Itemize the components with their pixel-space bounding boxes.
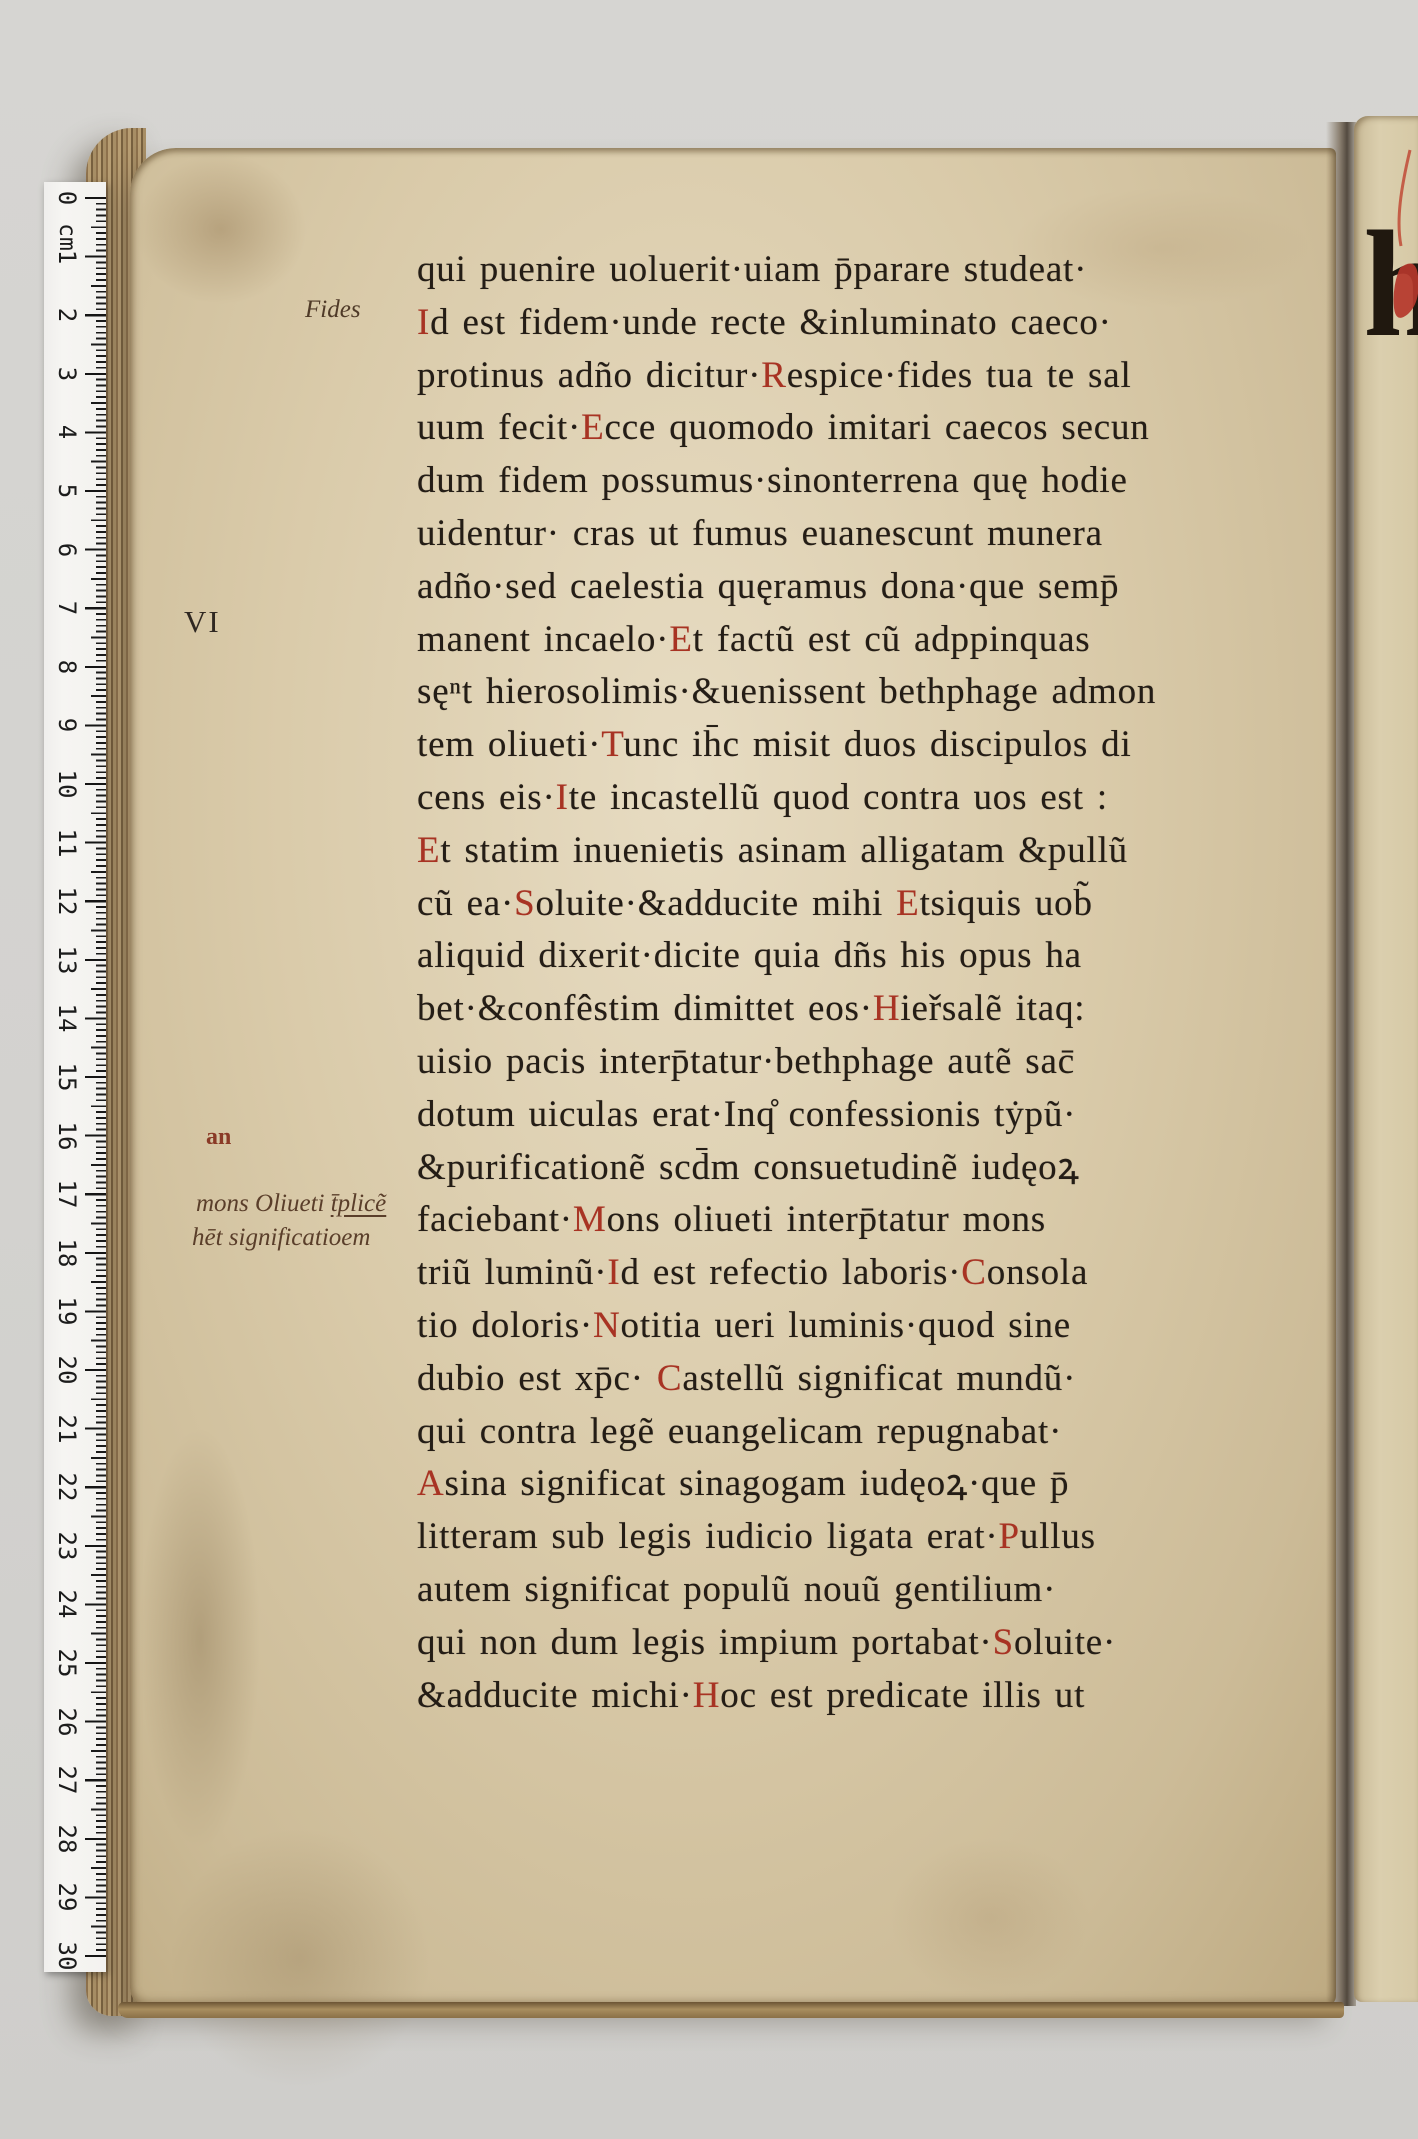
ruler-number: 18 bbox=[52, 1238, 82, 1268]
facing-page: h bbox=[1354, 116, 1418, 2002]
manuscript-line: cens eis·Ite incastellũ quod contra uos … bbox=[417, 772, 1322, 825]
ruler-number: 21 bbox=[52, 1414, 82, 1444]
ruler-number: 24 bbox=[52, 1589, 82, 1619]
line-text: t statim inuenietis asinam alligatam &pu… bbox=[440, 830, 1128, 871]
manuscript-line: qui contra legẽ euangelicam repugnabat· bbox=[417, 1406, 1322, 1459]
rubricated-initial: R bbox=[761, 355, 786, 396]
ruler-number: 1 bbox=[52, 242, 82, 272]
line-text: qui non dum legis impium portabat· bbox=[417, 1622, 993, 1663]
line-text: uum fecit· bbox=[417, 407, 581, 448]
line-text: onsola bbox=[987, 1252, 1088, 1293]
manuscript-line: uum fecit·Ecce quomodo imitari caecos se… bbox=[417, 402, 1322, 455]
manuscript-line: tem oliueti·Tunc ih̄c misit duos discipu… bbox=[417, 719, 1322, 772]
ruler-number: 6 bbox=[52, 535, 82, 565]
ruler-number: 20 bbox=[52, 1355, 82, 1385]
photographed-manuscript: h cm 01234567891011121314151617181920212… bbox=[0, 0, 1418, 2139]
marginal-gloss-line1: mons Oliueti t̄plicẽ bbox=[196, 1190, 386, 1218]
line-text: tio doloris· bbox=[417, 1305, 593, 1346]
line-text: sina significat sinagogam iudęoꝝ·que p̄ bbox=[445, 1463, 1070, 1504]
manuscript-line: triũ luminũ·Id est refectio laboris·Cons… bbox=[417, 1247, 1322, 1300]
manuscript-line: autem significat populũ nouũ gentilium· bbox=[417, 1564, 1322, 1617]
manuscript-line: &adducite michi·Hoc est predicate illis … bbox=[417, 1670, 1322, 1723]
manuscript-line: cũ ea·Soluite·&adducite mihi Etsiquis uo… bbox=[417, 878, 1322, 931]
ruler-number: 26 bbox=[52, 1707, 82, 1737]
rubricated-initial: C bbox=[657, 1358, 682, 1399]
line-text: t factũ est cũ adppinquas bbox=[693, 619, 1091, 660]
line-text: ieřsalẽ itaq: bbox=[900, 988, 1085, 1029]
ruler-number: 2 bbox=[52, 300, 82, 330]
rubricated-initial: H bbox=[693, 1675, 721, 1716]
ruler-number: 5 bbox=[52, 476, 82, 506]
text-block: qui puenire uoluerit·uiam p̄parare stude… bbox=[417, 244, 1322, 1722]
line-text: bet·&confêstim dimittet eos· bbox=[417, 988, 873, 1029]
ruler-number: 16 bbox=[52, 1121, 82, 1151]
line-text: oluite·&adducite mihi bbox=[536, 883, 897, 924]
book-gutter-shadow bbox=[1326, 122, 1356, 2006]
ruler-number: 7 bbox=[52, 593, 82, 623]
rubricated-initial: H bbox=[873, 988, 901, 1029]
line-text: oc est predicate illis ut bbox=[720, 1675, 1085, 1716]
ruler-number: 12 bbox=[52, 886, 82, 916]
ruler-number: 11 bbox=[52, 828, 82, 858]
rubricated-initial: T bbox=[601, 724, 623, 765]
marginal-note-an: an bbox=[206, 1124, 231, 1151]
parchment-stain bbox=[136, 154, 306, 304]
rubricated-initial: E bbox=[581, 407, 604, 448]
parchment-stain bbox=[140, 1428, 260, 1848]
ruler-number: 8 bbox=[52, 652, 82, 682]
ruler-number: 25 bbox=[52, 1648, 82, 1678]
line-text: cce quomodo imitari caecos secun bbox=[604, 407, 1149, 448]
manuscript-line: dotum uiculas erat·Inq̊ confessionis tẏp… bbox=[417, 1089, 1322, 1142]
manuscript-line: protinus adño dicitur·Respice·fides tua … bbox=[417, 350, 1322, 403]
rubricated-initial: C bbox=[961, 1252, 986, 1293]
book-bottom-edge bbox=[118, 2002, 1344, 2018]
line-text: faciebant· bbox=[417, 1199, 573, 1240]
rubricated-initial: E bbox=[669, 619, 692, 660]
line-text: ullus bbox=[1020, 1516, 1096, 1557]
ruler-number: 13 bbox=[52, 945, 82, 975]
marginal-note-fides: Fides bbox=[305, 296, 361, 324]
line-text: triũ luminũ· bbox=[417, 1252, 607, 1293]
line-text: qui puenire uoluerit·uiam p̄parare stude… bbox=[417, 249, 1087, 290]
ruler-number: 22 bbox=[52, 1472, 82, 1502]
line-text: cens eis· bbox=[417, 777, 556, 818]
ruler-number: 29 bbox=[52, 1882, 82, 1912]
rubricated-initial: I bbox=[607, 1252, 620, 1293]
rubricated-initial: A bbox=[417, 1463, 445, 1504]
line-text: manent incaelo· bbox=[417, 619, 669, 660]
manuscript-line: uidentur· cras ut fumus euanescunt muner… bbox=[417, 508, 1322, 561]
ruler-number: 14 bbox=[52, 1003, 82, 1033]
rubricated-initial: E bbox=[417, 830, 440, 871]
line-text: &purificationẽ scd̄m consuetudinẽ iudęoꝝ bbox=[417, 1147, 1080, 1188]
ruler-number: 28 bbox=[52, 1824, 82, 1854]
line-text: dum fidem possumus·sinonterrena quę hodi… bbox=[417, 460, 1128, 501]
line-text: litteram sub legis iudicio ligata erat· bbox=[417, 1516, 999, 1557]
marginal-quire-numeral: VI bbox=[184, 604, 221, 640]
marginal-gloss-line1-plain: mons Oliueti bbox=[196, 1190, 331, 1217]
manuscript-line: uisio pacis interp̄tatur·bethphage autẽ … bbox=[417, 1036, 1322, 1089]
manuscript-line: aliquid dixerit·dicite quia dñs his opus… bbox=[417, 930, 1322, 983]
line-text: tem oliueti· bbox=[417, 724, 601, 765]
line-text: te incastellũ quod contra uos est : bbox=[569, 777, 1108, 818]
manuscript-line: Asina significat sinagogam iudęoꝝ·que p̄ bbox=[417, 1458, 1322, 1511]
rubricated-initial: P bbox=[999, 1516, 1020, 1557]
rubricated-initial: E bbox=[896, 883, 919, 924]
line-text: dubio est xp̄c· bbox=[417, 1358, 657, 1399]
manuscript-line: bet·&confêstim dimittet eos·Hieřsalẽ ita… bbox=[417, 983, 1322, 1036]
line-text: d est refectio laboris· bbox=[621, 1252, 962, 1293]
rubricated-initial: S bbox=[993, 1622, 1014, 1663]
line-text: unc ih̄c misit duos discipulos di bbox=[623, 724, 1131, 765]
ruler-number: 19 bbox=[52, 1296, 82, 1326]
manuscript-line: dum fidem possumus·sinonterrena quę hodi… bbox=[417, 455, 1322, 508]
line-text: espice·fides tua te sal bbox=[787, 355, 1132, 396]
manuscript-line: tio doloris·Notitia ueri luminis·quod si… bbox=[417, 1300, 1322, 1353]
manuscript-line: adño·sed caelestia quęramus dona·que sem… bbox=[417, 561, 1322, 614]
manuscript-line: &purificationẽ scd̄m consuetudinẽ iudęoꝝ bbox=[417, 1142, 1322, 1195]
manuscript-line: Id est fidem·unde recte &inluminato caec… bbox=[417, 297, 1322, 350]
ruler-number: 17 bbox=[52, 1179, 82, 1209]
ruler-number: 10 bbox=[52, 769, 82, 799]
manuscript-line: sęⁿt hierosolimis·&uenissent bethphage a… bbox=[417, 666, 1322, 719]
line-text: &adducite michi· bbox=[417, 1675, 693, 1716]
ruler-number: 30 bbox=[52, 1941, 82, 1971]
manuscript-line: dubio est xp̄c· Castellũ significat mund… bbox=[417, 1353, 1322, 1406]
line-text: protinus adño dicitur· bbox=[417, 355, 761, 396]
manuscript-line: qui puenire uoluerit·uiam p̄parare stude… bbox=[417, 244, 1322, 297]
ruler-number: 4 bbox=[52, 417, 82, 447]
rubricated-initial: S bbox=[514, 883, 535, 924]
parchment-stain bbox=[170, 1828, 430, 2088]
cm-ruler: cm 0123456789101112131415161718192021222… bbox=[44, 182, 106, 1972]
ruler-number: 3 bbox=[52, 359, 82, 389]
ruler-number: 9 bbox=[52, 710, 82, 740]
line-text: uidentur· cras ut fumus euanescunt muner… bbox=[417, 513, 1103, 554]
line-text: sęⁿt hierosolimis·&uenissent bethphage a… bbox=[417, 671, 1156, 712]
line-text: ons oliueti interp̄tatur mons bbox=[607, 1199, 1046, 1240]
marginal-gloss-line2: hēt significatioem bbox=[192, 1224, 370, 1252]
ruler-number: 23 bbox=[52, 1531, 82, 1561]
rubricated-initial: I bbox=[417, 302, 430, 343]
parchment-stain bbox=[890, 1838, 1090, 1998]
line-text: aliquid dixerit·dicite quia dñs his opus… bbox=[417, 935, 1082, 976]
ruler-cm-ticks bbox=[85, 197, 106, 1959]
red-flourish-decoration bbox=[1354, 116, 1418, 376]
manuscript-line: manent incaelo·Et factũ est cũ adppinqua… bbox=[417, 614, 1322, 667]
line-text: dotum uiculas erat·Inq̊ confessionis tẏp… bbox=[417, 1094, 1076, 1135]
line-text: d est fidem·unde recte &inluminato caeco… bbox=[430, 302, 1112, 343]
line-text: cũ ea· bbox=[417, 883, 514, 924]
line-text: adño·sed caelestia quęramus dona·que sem… bbox=[417, 566, 1119, 607]
ruler-number: 27 bbox=[52, 1765, 82, 1795]
rubricated-initial: M bbox=[573, 1199, 607, 1240]
ruler-number: 15 bbox=[52, 1062, 82, 1092]
marginal-gloss-line1-underlined: t̄plicẽ bbox=[331, 1190, 387, 1217]
line-text: qui contra legẽ euangelicam repugnabat· bbox=[417, 1411, 1062, 1452]
line-text: uisio pacis interp̄tatur·bethphage autẽ … bbox=[417, 1041, 1075, 1082]
manuscript-line: Et statim inuenietis asinam alligatam &p… bbox=[417, 825, 1322, 878]
line-text: tsiquis uob̃ bbox=[920, 883, 1093, 924]
line-text: oluite· bbox=[1014, 1622, 1116, 1663]
rubricated-initial: I bbox=[556, 777, 569, 818]
manuscript-line: faciebant·Mons oliueti interp̄tatur mons bbox=[417, 1194, 1322, 1247]
line-text: autem significat populũ nouũ gentilium· bbox=[417, 1569, 1056, 1610]
manuscript-line: litteram sub legis iudicio ligata erat·P… bbox=[417, 1511, 1322, 1564]
rubricated-initial: N bbox=[593, 1305, 621, 1346]
line-text: astellũ significat mundũ· bbox=[682, 1358, 1076, 1399]
line-text: otitia ueri luminis·quod sine bbox=[621, 1305, 1071, 1346]
ruler-number: 0 bbox=[52, 183, 82, 213]
manuscript-line: qui non dum legis impium portabat·Soluit… bbox=[417, 1617, 1322, 1670]
